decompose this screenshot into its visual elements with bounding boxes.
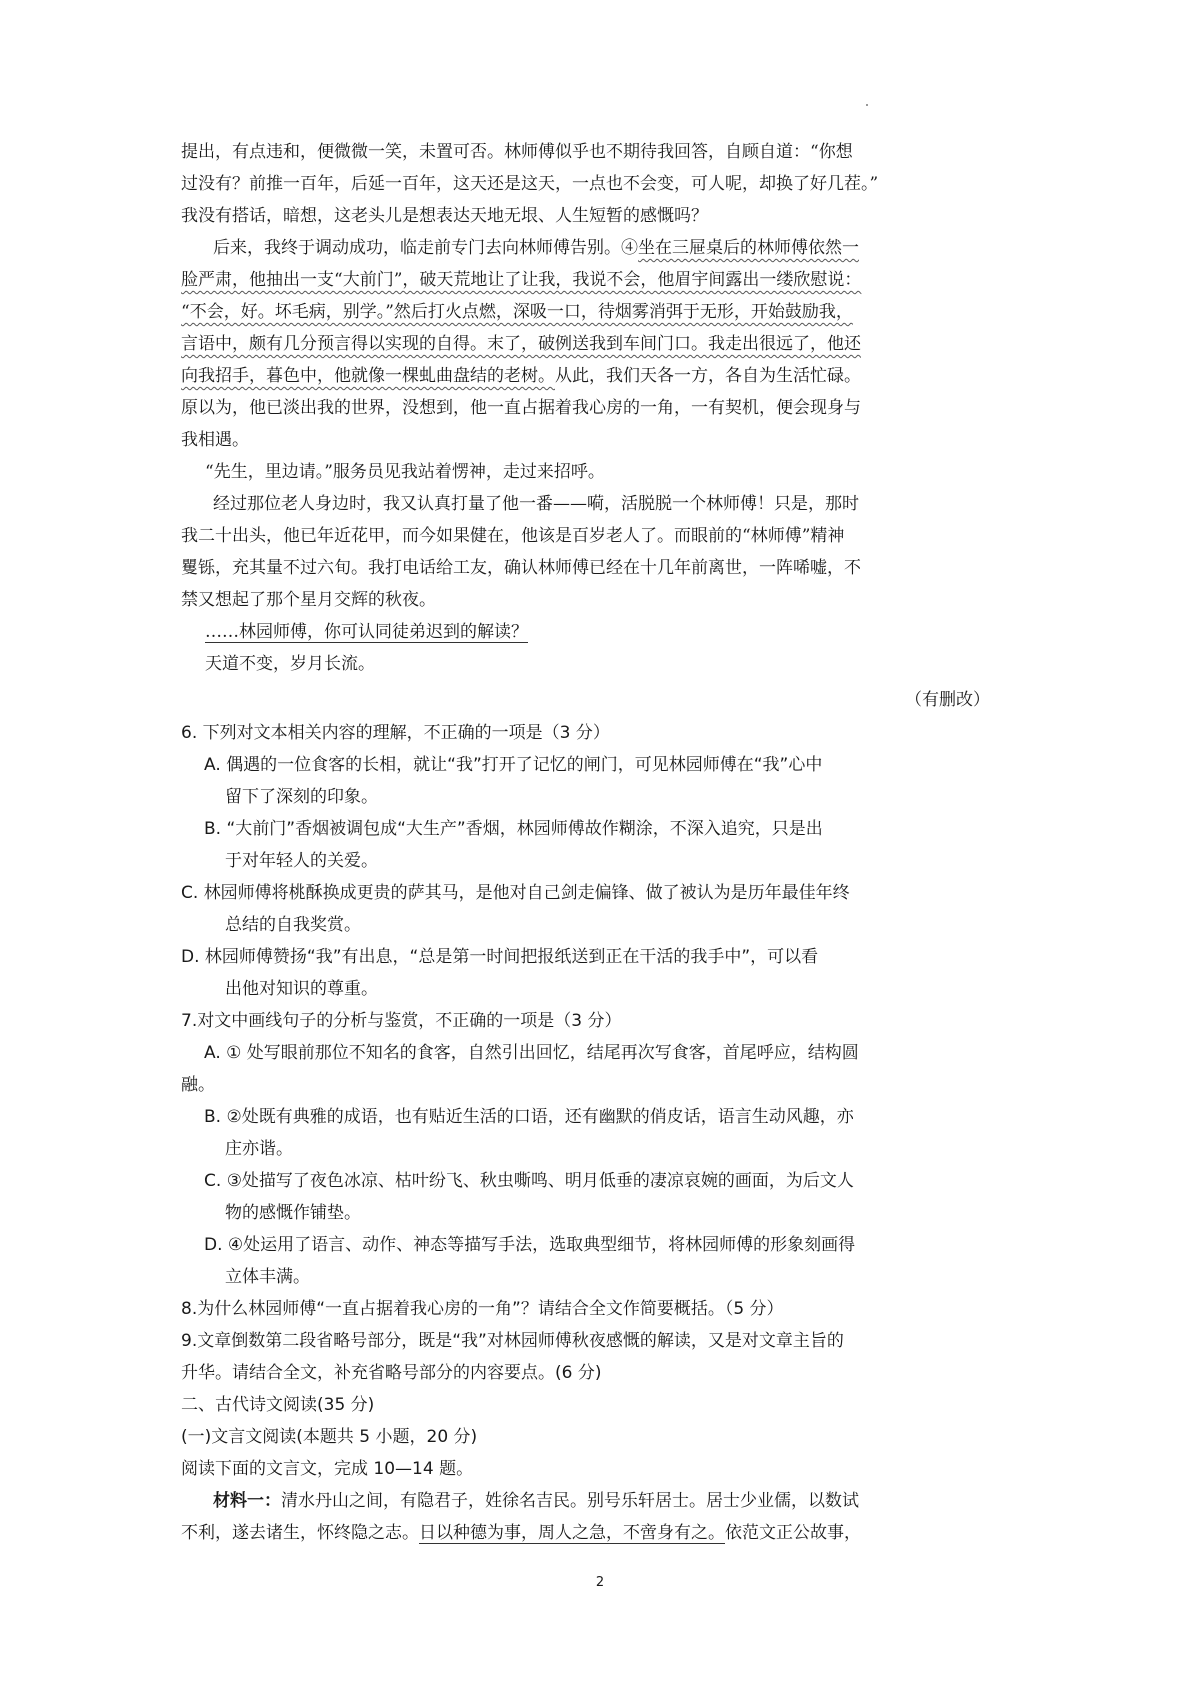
passage-line: 后来，我终于调动成功，临走前专门去向林师傅告别。④坐在三屉桌后的林师傅依然一 <box>213 237 859 259</box>
passage-line: 提出，有点违和，便微微一笑，未置可否。林师傅似乎也不期待我回答，自顾自道：“你想 <box>181 141 853 163</box>
option-label: B. <box>204 1107 221 1127</box>
passage-line: 我二十出头，他已年近花甲，而今如果健在，他该是百岁老人了。而眼前的“林师傅”精神 <box>181 525 844 547</box>
option-text: “大前门”香烟被调包成“大生产”香烟，林园师傅故作糊涂，不深入追究，只是出 <box>226 819 822 839</box>
material-1-line: 不利，遂去诸生，怀终隐之志。日以种德为事，周人之急，不啻身有之。依范文正公故事， <box>181 1522 861 1544</box>
q6-option-b: B. “大前门”香烟被调包成“大生产”香烟，林园师傅故作糊涂，不深入追究，只是出 <box>204 818 823 840</box>
underlined-sentence-4: 脸严肃，他抽出一支“大前门”，破天荒地让了让我，我说不会，他眉宇间露出一缕欣慰说… <box>181 269 861 291</box>
option-label: C. <box>204 1171 221 1191</box>
option-label: B. <box>204 819 221 839</box>
section-2-instruction: 阅读下面的文言文，完成 10—14 题。 <box>181 1458 473 1480</box>
passage-line: 禁又想起了那个星月交辉的秋夜。 <box>181 589 436 611</box>
source-note: （有删改） <box>905 689 990 711</box>
option-text: 融。 <box>181 1074 215 1096</box>
material-text: 不利，遂去诸生，怀终隐之志。 <box>181 1523 419 1543</box>
underlined-sentence: 日以种德为事，周人之急，不啻身有之。 <box>419 1523 725 1543</box>
material-label: 材料一： <box>213 1491 281 1511</box>
passage-line: “先生，里边请。”服务员见我站着愣神，走过来招呼。 <box>205 461 605 483</box>
passage-line: 原以为，他已淡出我的世界，没想到，他一直占据着我心房的一角，一有契机，便会现身与 <box>181 397 861 419</box>
q6-option-c: C. 林园师傅将桃酥换成更贵的萨其马，是他对自己剑走偏锋、做了被认为是历年最佳年… <box>181 882 850 904</box>
passage-line: 我没有搭话，暗想，这老头儿是想表达天地无垠、人生短暂的感慨吗？ <box>181 205 708 227</box>
passage-line: 经过那位老人身边时，我又认真打量了他一番——嗬，活脱脱一个林师傅！只是，那时 <box>213 493 859 515</box>
underlined-sentence-4: 向我招手，暮色中，他就像一棵虬曲盘结的老树。 <box>181 366 555 386</box>
q7-option-d: D. ④处运用了语言、动作、神态等描写手法，选取典型细节，将林园师傅的形象刻画得 <box>204 1234 855 1256</box>
question-7-stem: 7.对文中画线句子的分析与鉴赏，不正确的一项是（3 分） <box>181 1010 621 1032</box>
option-text: ②处既有典雅的成语，也有贴近生活的口语，还有幽默的俏皮话，语言生动风趣，亦 <box>226 1107 853 1127</box>
passage-text: 后来，我终于调动成功，临走前专门去向林师傅告别。 <box>213 238 621 258</box>
option-text: ④处运用了语言、动作、神态等描写手法，选取典型细节，将林园师傅的形象刻画得 <box>228 1235 855 1255</box>
q6-option-d: D. 林园师傅赞扬“我”有出息，“总是第一时间把报纸送到正在干活的我手中”，可以… <box>181 946 818 968</box>
option-text: 于对年轻人的关爱。 <box>225 850 378 872</box>
passage-line: 向我招手，暮色中，他就像一棵虬曲盘结的老树。从此，我们天各一方，各自为生活忙碌。 <box>181 365 861 387</box>
passage-line: 矍铄，充其量不过六旬。我打电话给工友，确认林师傅已经在十几年前离世，一阵唏嘘，不 <box>181 557 861 579</box>
option-text: 林园师傅赞扬“我”有出息，“总是第一时间把报纸送到正在干活的我手中”，可以看 <box>205 947 818 967</box>
option-label: D. <box>181 947 200 967</box>
question-8: 8.为什么林园师傅“一直占据着我心房的一角”？请结合全文作简要概括。（5 分） <box>181 1298 784 1320</box>
sentence-marker-4: ④ <box>621 238 638 258</box>
q6-option-a: A. 偶遇的一位食客的长相，就让“我”打开了记忆的闸门，可见林园师傅在“我”心中 <box>204 754 822 776</box>
option-text: 总结的自我奖赏。 <box>225 914 361 936</box>
section-2-sub: (一)文言文阅读(本题共 5 小题，20 分) <box>181 1426 477 1448</box>
underlined-sentence-4: 坐在三屉桌后的林师傅依然一 <box>638 238 859 258</box>
option-text: 偶遇的一位食客的长相，就让“我”打开了记忆的闸门，可见林园师傅在“我”心中 <box>226 755 822 775</box>
option-label: A. <box>204 755 221 775</box>
passage-text: 从此，我们天各一方，各自为生活忙碌。 <box>555 366 861 386</box>
option-text: 出他对知识的尊重。 <box>225 978 378 1000</box>
option-text: ① 处写眼前那位不知名的食客，自然引出回忆，结尾再次写食客，首尾呼应，结构圆 <box>226 1043 859 1063</box>
passage-line: 我相遇。 <box>181 429 249 451</box>
q7-option-b: B. ②处既有典雅的成语，也有贴近生活的口语，还有幽默的俏皮话，语言生动风趣，亦 <box>204 1106 854 1128</box>
passage-line: 天道不变，岁月长流。 <box>205 653 375 675</box>
q7-option-c: C. ③处描写了夜色冰凉、枯叶纷飞、秋虫嘶鸣、明月低垂的凄凉哀婉的画面，为后文人 <box>204 1170 854 1192</box>
option-text: 留下了深刻的印象。 <box>225 786 378 808</box>
question-6-stem: 6. 下列对文本相关内容的理解，不正确的一项是（3 分） <box>181 722 610 744</box>
scan-speck <box>866 104 868 106</box>
option-label: C. <box>181 883 198 903</box>
option-text: 林园师傅将桃酥换成更贵的萨其马，是他对自己剑走偏锋、做了被认为是历年最佳年终 <box>204 883 850 903</box>
material-text: 清水丹山之间，有隐君子，姓徐名吉民。别号乐轩居士。居士少业儒，以数试 <box>281 1491 859 1511</box>
question-9-cont: 升华。请结合全文，补充省略号部分的内容要点。(6 分) <box>181 1362 601 1384</box>
option-label: A. <box>204 1043 221 1063</box>
underlined-sentence-4: “不会，好。坏毛病，别学。”然后打火点燃，深吸一口，待烟雾消弭于无形，开始鼓励我… <box>181 301 853 323</box>
underlined-sentence-4: 言语中，颇有几分预言得以实现的自得。末了，破例送我到车间门口。我走出很远了，他还 <box>181 333 861 355</box>
material-text: 依范文正公故事， <box>725 1523 861 1543</box>
page-number: 2 <box>0 1575 1200 1590</box>
section-2-title: 二、古代诗文阅读(35 分) <box>181 1394 374 1416</box>
underlined-ellipsis-line: ……林园师傅，你可认同徒弟迟到的解读？ <box>205 621 528 643</box>
question-9: 9.文章倒数第二段省略号部分，既是“我”对林园师傅秋夜感慨的解读，又是对文章主旨… <box>181 1330 844 1352</box>
option-text: 物的感慨作铺垫。 <box>225 1202 361 1224</box>
option-text: 立体丰满。 <box>225 1266 310 1288</box>
material-1-line: 材料一：清水丹山之间，有隐君子，姓徐名吉民。别号乐轩居士。居士少业儒，以数试 <box>213 1490 859 1512</box>
q7-option-a: A. ① 处写眼前那位不知名的食客，自然引出回忆，结尾再次写食客，首尾呼应，结构… <box>204 1042 859 1064</box>
option-text: 庄亦谐。 <box>225 1138 293 1160</box>
passage-line: 过没有？前推一百年，后延一百年，这天还是这天，一点也不会变，可人呢，却换了好几茬… <box>181 173 878 195</box>
option-label: D. <box>204 1235 223 1255</box>
option-text: ③处描写了夜色冰凉、枯叶纷飞、秋虫嘶鸣、明月低垂的凄凉哀婉的画面，为后文人 <box>227 1171 854 1191</box>
